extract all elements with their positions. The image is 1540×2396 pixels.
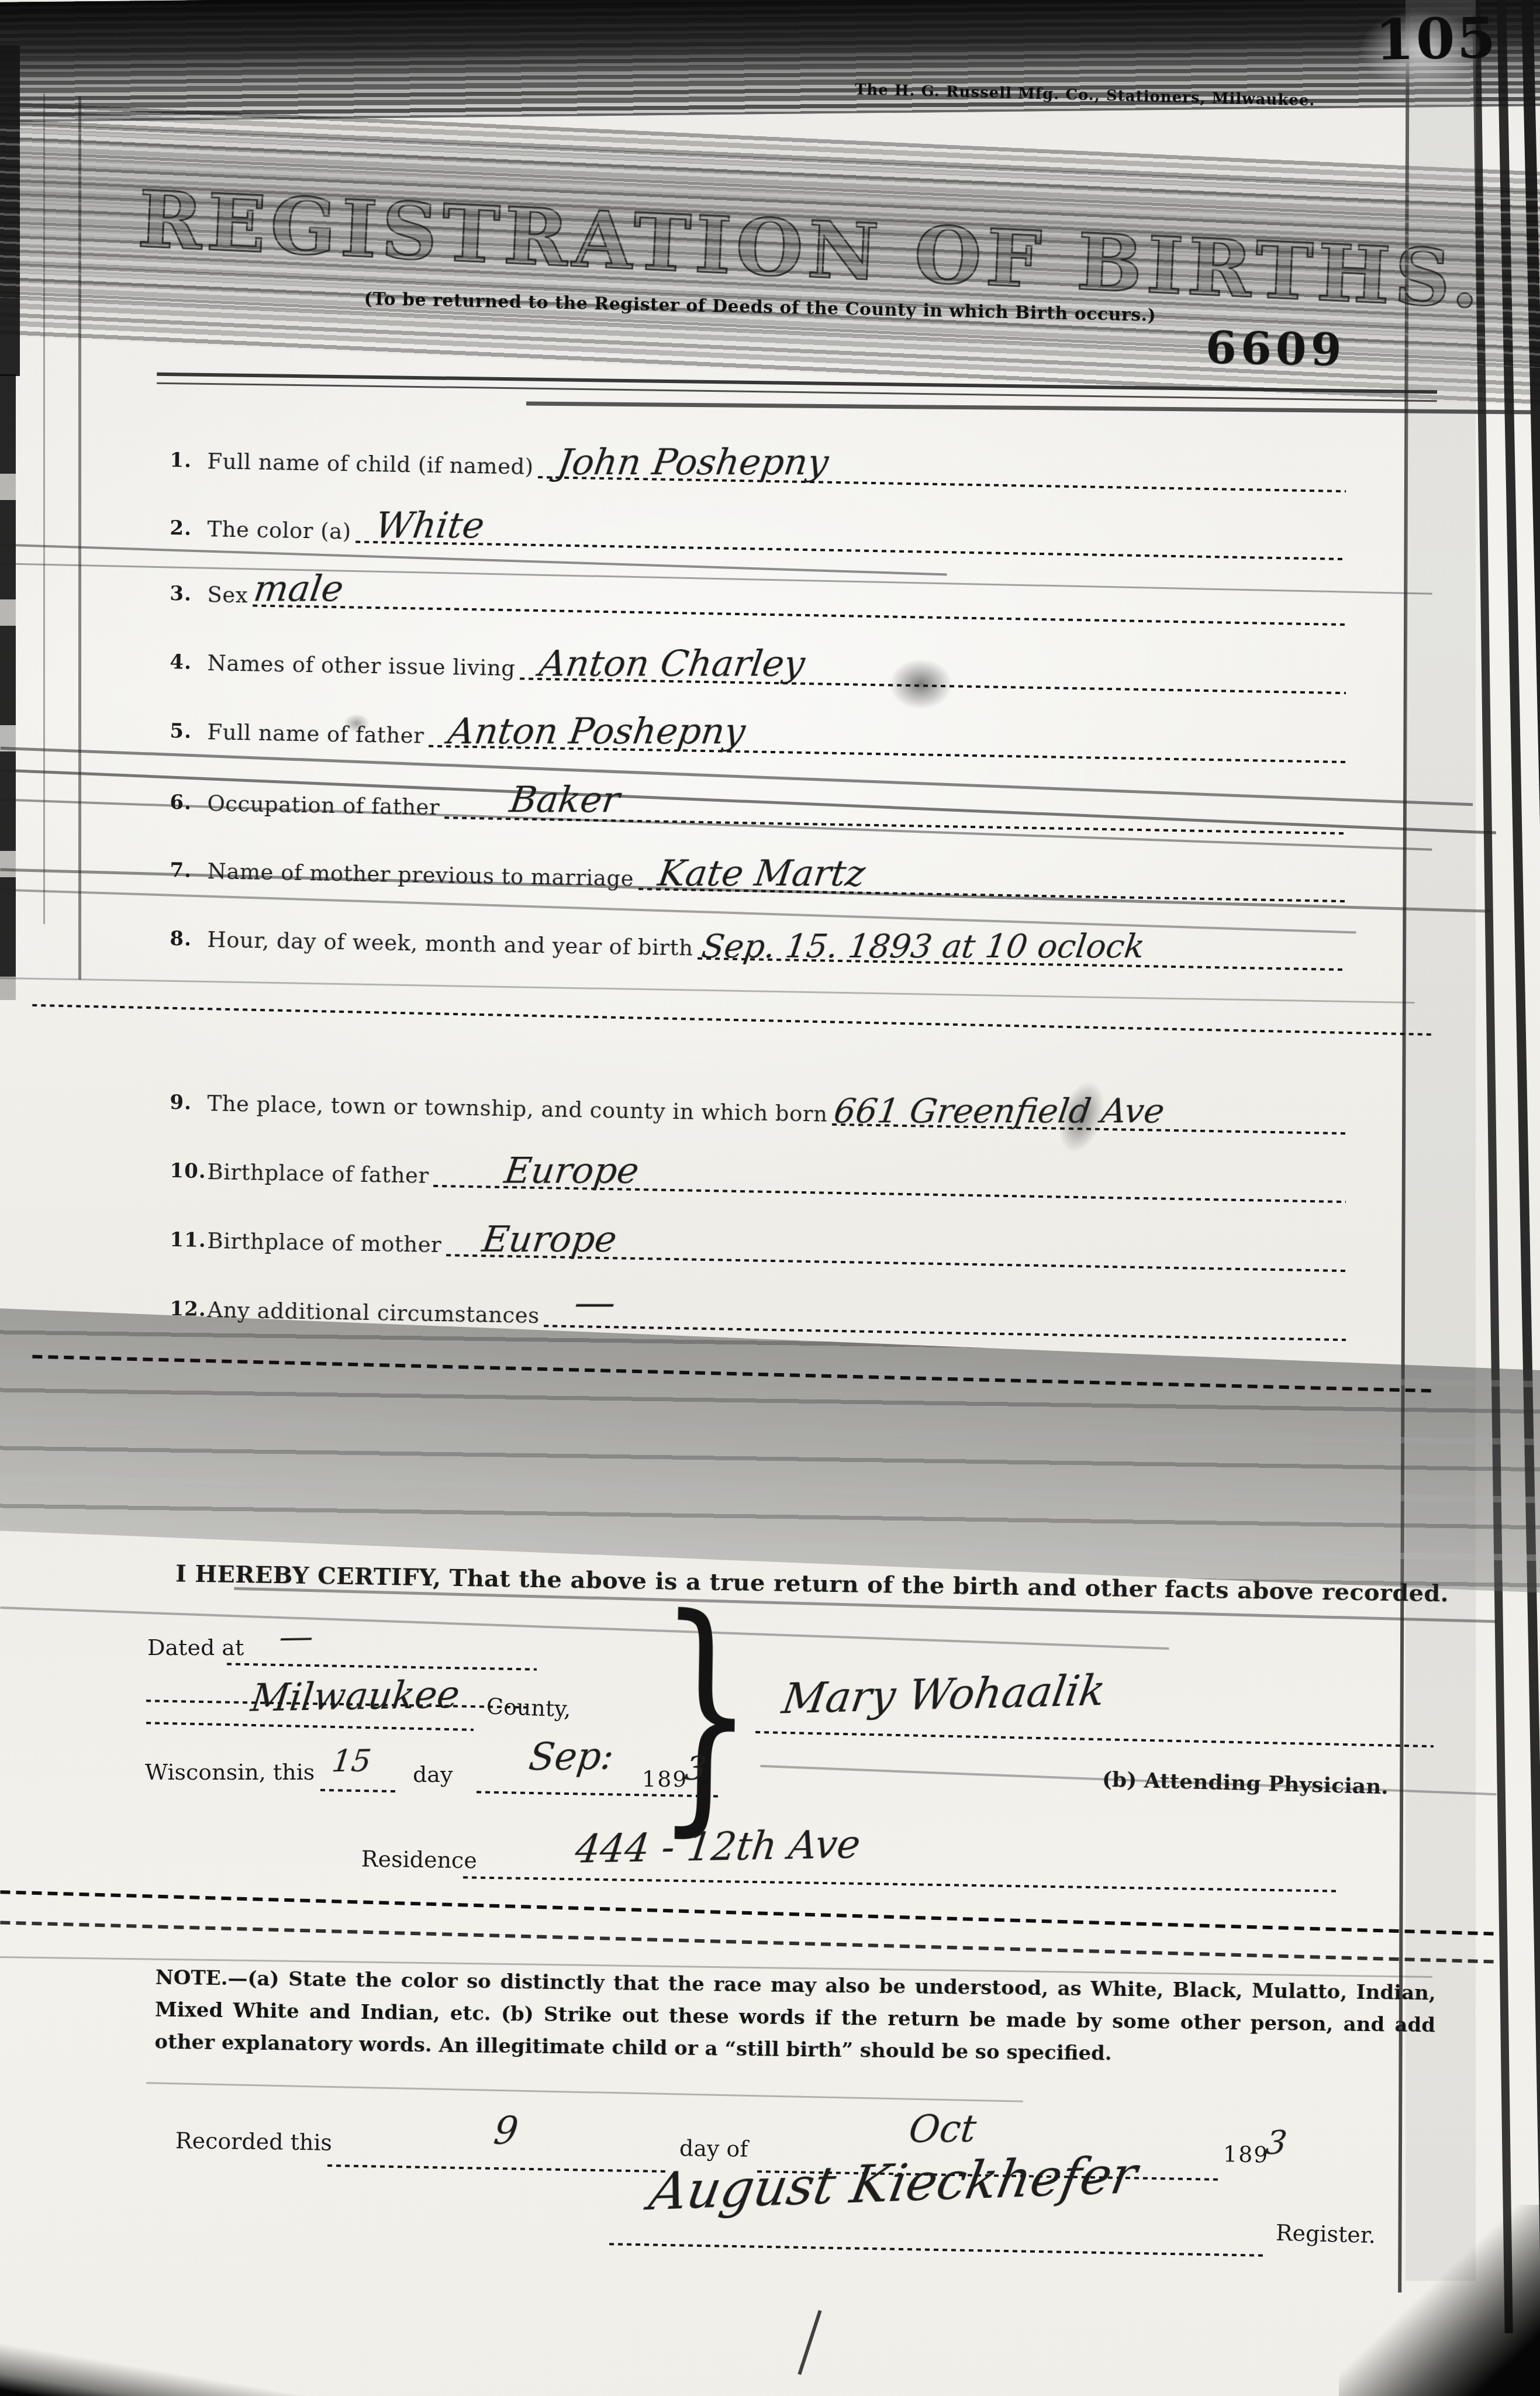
scan-artifact (526, 401, 1540, 414)
field-number: 7. (170, 859, 208, 890)
section-divider (32, 1355, 1435, 1393)
dotted-line (463, 1876, 1340, 1892)
scan-artifact (1497, 0, 1540, 2345)
field-row-12: 12. Any additional circumstances — (170, 1267, 1347, 1348)
dotted-line (253, 604, 1346, 626)
field-value: Baker (507, 778, 622, 821)
field-number: 8. (170, 927, 208, 958)
dotted-line (146, 1722, 474, 1731)
field-value: Kate Martz (655, 852, 868, 895)
field-row-4: 4. Names of other issue living Anton Cha… (170, 620, 1347, 701)
printer-imprint: The H. G. Russell Mfg. Co., Stationers, … (855, 81, 1315, 109)
physician-label: (b) Attending Physician. (1102, 1767, 1389, 1799)
recorded-day-of-label: day of (679, 2135, 748, 2162)
field-label: The color (a) (207, 516, 351, 550)
field-number: 1. (170, 449, 208, 480)
field-number: 3. (170, 582, 208, 613)
field-value: Sep. 15. 1893 at 10 oclock (699, 928, 1147, 966)
field-number: 9. (170, 1091, 208, 1122)
field-value: Europe (479, 1218, 619, 1260)
county-value: Milwaukee (248, 1674, 462, 1721)
scan-artifact (146, 2082, 1023, 2102)
header-rule (157, 373, 1437, 402)
note-text: NOTE.—(a) State the color so distinctly … (154, 1962, 1436, 2074)
section-divider (32, 1004, 1435, 1036)
dated-at-label: Dated at (147, 1635, 244, 1660)
field-value: Anton Charley (537, 642, 807, 685)
recorded-day-value: 9 (491, 2110, 520, 2154)
scan-artifact (0, 374, 16, 1000)
scan-artifact (0, 46, 20, 376)
dated-at-value: — (277, 1616, 316, 1657)
field-number: 2. (170, 516, 208, 547)
field-number: 4. (170, 650, 208, 681)
recorded-year-printed: 189 (1223, 2141, 1269, 2167)
field-row-9: 9. The place, town or township, and coun… (170, 1060, 1347, 1142)
field-label: The place, town or township, and county … (207, 1091, 828, 1133)
state-month-value: Sep: (526, 1735, 616, 1780)
recorded-label: Recorded this (175, 2128, 333, 2156)
physician-signature: Mary Wohaalik (779, 1666, 1109, 1723)
field-label: Birthplace of mother (207, 1228, 442, 1263)
state-day-label: day (413, 1761, 453, 1787)
scan-artifact (1521, 0, 1540, 2368)
scan-artifact (1398, 0, 1410, 2292)
record-number: 6609 (1205, 322, 1346, 376)
field-label: Sex (207, 582, 248, 613)
field-number: 10. (170, 1159, 208, 1190)
residence-value: 444 - 12th Ave (573, 1822, 863, 1872)
certify-statement: I HEREBY CERTIFY, That the above is a tr… (175, 1560, 1491, 1608)
state-line-label: Wisconsin, this (145, 1759, 315, 1785)
field-value: male (251, 567, 346, 610)
field-value: Europe (502, 1149, 641, 1192)
recorded-month-value: Oct (906, 2108, 978, 2152)
scan-artifact (0, 977, 1415, 1004)
residence-label: Residence (361, 1846, 477, 1874)
field-value: Anton Poshepny (446, 710, 748, 753)
field-number: 6. (170, 791, 208, 822)
field-number: 5. (170, 719, 208, 750)
field-row-1: 1. Full name of child (if named) John Po… (170, 418, 1347, 499)
state-year-printed: 189 (642, 1766, 688, 1792)
field-label: Birthplace of father (207, 1159, 429, 1194)
county-label: County, (486, 1693, 571, 1722)
field-value: — (571, 1279, 619, 1327)
field-row-7: 7. Name of mother previous to marriage K… (170, 828, 1347, 909)
field-value: White (373, 504, 488, 547)
scan-artifact (43, 94, 45, 924)
field-row-5: 5. Full name of father Anton Poshepny (170, 689, 1347, 770)
field-row-8: 8. Hour, day of week, month and year of … (170, 897, 1347, 978)
scan-artifact (1472, 0, 1513, 2333)
dotted-line (609, 2243, 1264, 2257)
field-label: Any additional circumstances (207, 1297, 540, 1334)
scan-artifact (797, 2310, 821, 2375)
field-number: 12. (170, 1297, 208, 1328)
dotted-line (544, 1325, 1346, 1341)
field-number: 11. (170, 1228, 208, 1259)
scan-artifact (78, 96, 81, 980)
dotted-line (327, 2164, 667, 2173)
birth-registration-scan: 105 The H. G. Russell Mfg. Co., Statione… (0, 0, 1540, 2396)
field-row-11: 11. Birthplace of mother Europe (170, 1198, 1347, 1279)
dotted-line (320, 1789, 396, 1792)
field-label: Name of mother previous to marriage (207, 859, 634, 897)
field-value: John Poshepny (555, 441, 831, 484)
field-label: Occupation of father (207, 791, 440, 826)
state-day-value: 15 (330, 1743, 373, 1779)
field-label: Names of other issue living (207, 650, 516, 687)
dotted-line (755, 1731, 1434, 1747)
register-label: Register. (1275, 2220, 1376, 2248)
dotted-line (227, 1663, 537, 1670)
field-label: Full name of father (207, 719, 424, 754)
field-label: Full name of child (if named) (207, 449, 534, 485)
field-label: Hour, day of week, month and year of bir… (207, 927, 693, 966)
field-row-6: 6. Occupation of father Baker (170, 760, 1347, 842)
recorded-year-written: 3 (1263, 2124, 1289, 2163)
scan-artifact (1406, 0, 1476, 2281)
field-value: 661 Greenfield Ave (831, 1091, 1167, 1131)
scan-artifact (0, 2339, 332, 2396)
scan-artifact (0, 1308, 1540, 1593)
field-row-10: 10. Birthplace of father Europe (170, 1129, 1347, 1210)
page-number: 105 (1375, 5, 1498, 73)
